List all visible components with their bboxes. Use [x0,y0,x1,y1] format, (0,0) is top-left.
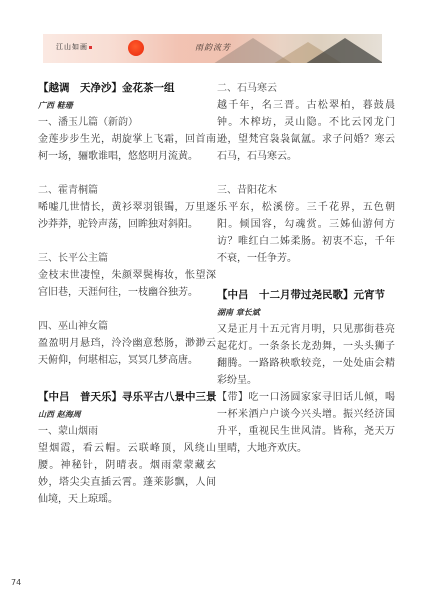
poem-heading: 【中吕 普天乐】寻乐平古八景中三景 [38,389,216,406]
section-text: 越千年，名三晋。古松翠柏，暮鼓晨钟。木榨坊，灵山隐。不比云冈龙门逊，望梵宫袅袅氤… [217,97,395,165]
poem-author: 山西 赵海周 [38,406,216,423]
poem-heading: 【中吕 十二月带过尧民歌】元宵节 [217,287,395,304]
section-title: 三、长平公主篇 [38,250,216,267]
poem-text: 【带】吃一口汤圆家家寻旧话儿倾，喝一杯米酒户户谈今兴头增。振兴经济国升平，重视民… [217,389,395,457]
section-title: 二、石马寒云 [217,80,395,97]
section-text: 金枝末世凄惶，朱颜翠鬓梅妆，怅望深宫旧巷，天涯何往，一枝幽谷独芳。 [38,267,216,301]
section-text: 乐平东，松溪傍。三千花界，五色朝阳。倾国容，勾魂赏。三姊仙游何方访？唯红白二姊柔… [217,199,395,267]
section-title: 一、潘玉儿篇（新韵） [38,114,216,131]
banner-brand: 江山如画 [56,42,92,52]
section-text: 盈盈明月悬珰，泠泠幽意愁肠，渺渺云天俯仰，何堪相忘，冥冥几梦高唐。 [38,335,216,369]
poem-author: 广西 鞋珊 [38,97,216,114]
banner-caption: 雨韵流芳 [195,42,231,53]
page-number: 74 [11,578,21,587]
header-banner: 江山如画 雨韵流芳 [43,34,382,63]
section-title: 二、霍青桐篇 [38,182,216,199]
mountain-decoration [305,38,382,63]
section-title: 四、巫山神女篇 [38,318,216,335]
poem-author: 湖南 章长斌 [217,304,395,321]
right-column: 二、石马寒云 越千年，名三晋。古松翠柏，暮鼓晨钟。木榨坊，灵山隐。不比云冈龙门逊… [217,80,395,457]
left-column: 【越调 天净沙】金花茶一组 广西 鞋珊 一、潘玉儿篇（新韵） 金莲步步生光，胡旋… [38,80,216,508]
seal-icon [89,46,92,49]
sun-icon [128,40,144,56]
section-title: 一、蒙山烟雨 [38,423,216,440]
poem-text: 又是正月十五元宵月明，只见那街巷亮起花灯。一条条长龙劲舞，一头头狮子翻腾。一路路… [217,321,395,389]
section-title: 三、昔阳花木 [217,182,395,199]
section-text: 唏嘘几世情长，黄衫翠羽银镯，万里逐沙莽莽，驼铃声荡，回眸独对斜阳。 [38,199,216,233]
poem-heading: 【越调 天净沙】金花茶一组 [38,80,216,97]
section-text: 望烟霞，看云帽。云联峰顶，风绕山腰。神秘针，阴晴表。烟雨蒙蒙藏玄妙，塔尖尖直插云… [38,440,216,508]
section-text: 金莲步步生光，胡旋掌上飞霜，回首南柯一场，骊歌谁唱，悠悠明月流黄。 [38,131,216,165]
